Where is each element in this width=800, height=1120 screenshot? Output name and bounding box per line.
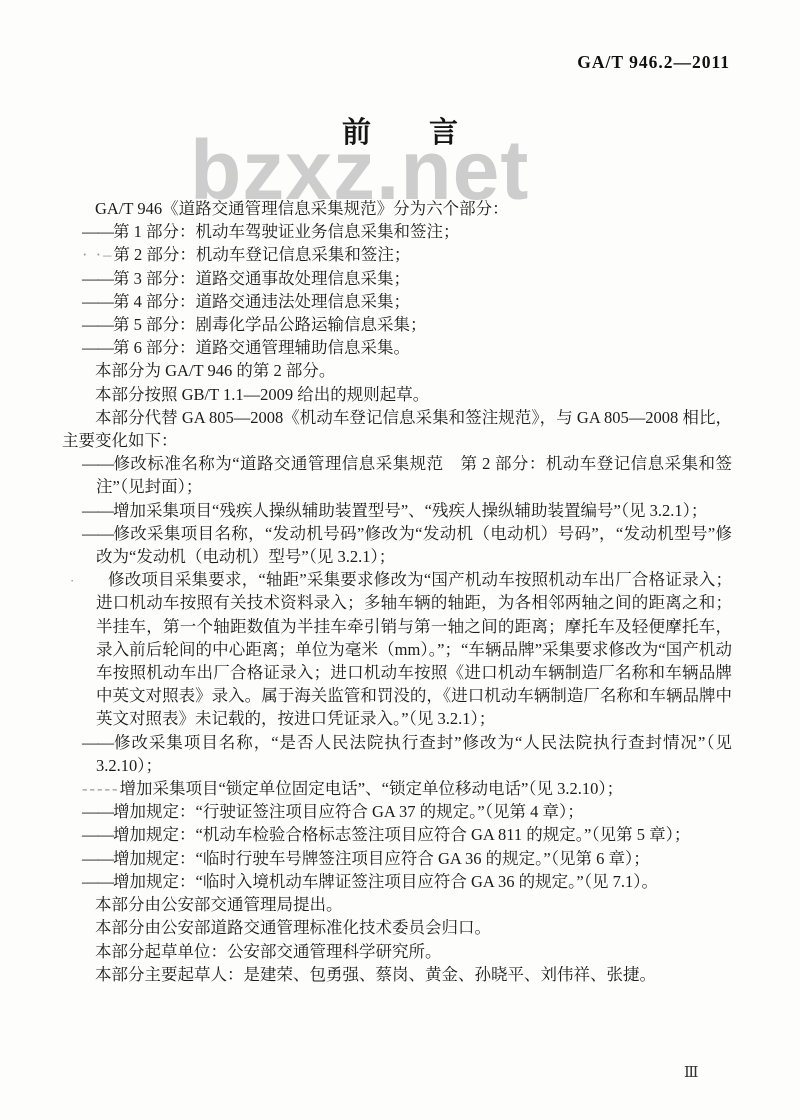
paragraph: 本部分代替 GA 805—2008《机动车登记信息采集和签注规范》，与 GA 8…: [62, 406, 732, 452]
list-item: · ·–第 2 部分：机动车登记信息采集和签注；: [62, 243, 732, 266]
list-item: ——第 1 部分：机动车驾驶证业务信息采集和签注；: [62, 220, 732, 243]
paragraph: 本部分起草单位：公安部交通管理科学研究所。: [62, 940, 732, 963]
dash-prefix: · ·–: [82, 245, 113, 264]
document-page: GA/T 946.2—2011 bzxz.net 前 言 GA/T 946《道路…: [0, 0, 800, 1120]
list-item: ——增加规定：“临时入境机动车牌证签注项目应符合 GA 36 的规定。”（见 7…: [62, 870, 732, 893]
dash-prefix: ——: [82, 524, 113, 543]
document-body: GA/T 946《道路交通管理信息采集规范》分为六个部分：——第 1 部分：机动…: [62, 197, 732, 986]
dash-prefix: ——: [82, 292, 113, 311]
list-item: ——增加规定：“临时行驶车号牌签注项目应符合 GA 36 的规定。”（见第 6 …: [62, 847, 732, 870]
paragraph: 本部分按照 GB/T 1.1—2009 给出的规则起草。: [62, 383, 732, 406]
dash-prefix: ——: [82, 849, 113, 868]
paragraph: 本部分由公安部交通管理局提出。: [62, 893, 732, 916]
dash-prefix: ——: [82, 825, 113, 844]
dash-prefix: ——: [82, 338, 113, 357]
standard-code: GA/T 946.2—2011: [577, 52, 730, 73]
paragraph: GA/T 946《道路交通管理信息采集规范》分为六个部分：: [62, 197, 732, 220]
page-number: Ⅲ: [684, 1063, 698, 1082]
dash-prefix: ——: [82, 315, 113, 334]
list-item: ——第 4 部分：道路交通违法处理信息采集；: [62, 290, 732, 313]
dash-prefix: ——: [82, 802, 113, 821]
list-item: -----增加采集项目“锁定单位固定电话”、“锁定单位移动电话”（见 3.2.1…: [62, 777, 732, 800]
dash-prefix: ——: [82, 501, 113, 520]
list-item: ——第 6 部分：道路交通管理辅助信息采集。: [62, 336, 732, 359]
paragraph: 本部分为 GA/T 946 的第 2 部分。: [62, 359, 732, 382]
list-item: ——增加规定：“机动车检验合格标志签注项目应符合 GA 811 的规定。”（见第…: [62, 823, 732, 846]
list-item: ——修改采集项目名称，“发动机号码”修改为“发动机（电动机）号码”，“发动机型号…: [62, 522, 732, 568]
page-title: 前 言: [0, 110, 800, 151]
dash-prefix: ——: [82, 872, 113, 891]
dash-prefix: ——: [82, 454, 113, 473]
paragraph: 本部分主要起草人：是建荣、包勇强、蔡岗、黄金、孙晓平、刘伟祥、张捷。: [62, 963, 732, 986]
dash-prefix: ——: [82, 222, 113, 241]
dash-prefix: ——: [82, 733, 113, 752]
list-item: ——增加规定：“行驶证签注项目应符合 GA 37 的规定。”（见第 4 章）；: [62, 800, 732, 823]
scan-artifact-dot: ·: [70, 569, 74, 592]
list-item: ——修改标准名称为“道路交通管理信息采集规范 第 2 部分：机动车登记信息采集和…: [62, 452, 732, 498]
list-item: ——第 5 部分：剧毒化学品公路运输信息采集；: [62, 313, 732, 336]
list-item: ——修改采集项目名称，“是否人民法院执行查封”修改为“人民法院执行查封情况”（见…: [62, 731, 732, 777]
list-item: ——第 3 部分：道路交通事故处理信息采集；: [62, 267, 732, 290]
dash-prefix: -----: [82, 779, 119, 798]
list-item: ——增加采集项目“残疾人操纵辅助装置型号”、“残疾人操纵辅助装置编号”（见 3.…: [62, 499, 732, 522]
paragraph: 本部分由公安部道路交通管理标准化技术委员会归口。: [62, 916, 732, 939]
list-item: ·修改项目采集要求，“轴距”采集要求修改为“国产机动车按照机动车出厂合格证录入；…: [62, 568, 732, 730]
dash-prefix: ——: [82, 269, 113, 288]
